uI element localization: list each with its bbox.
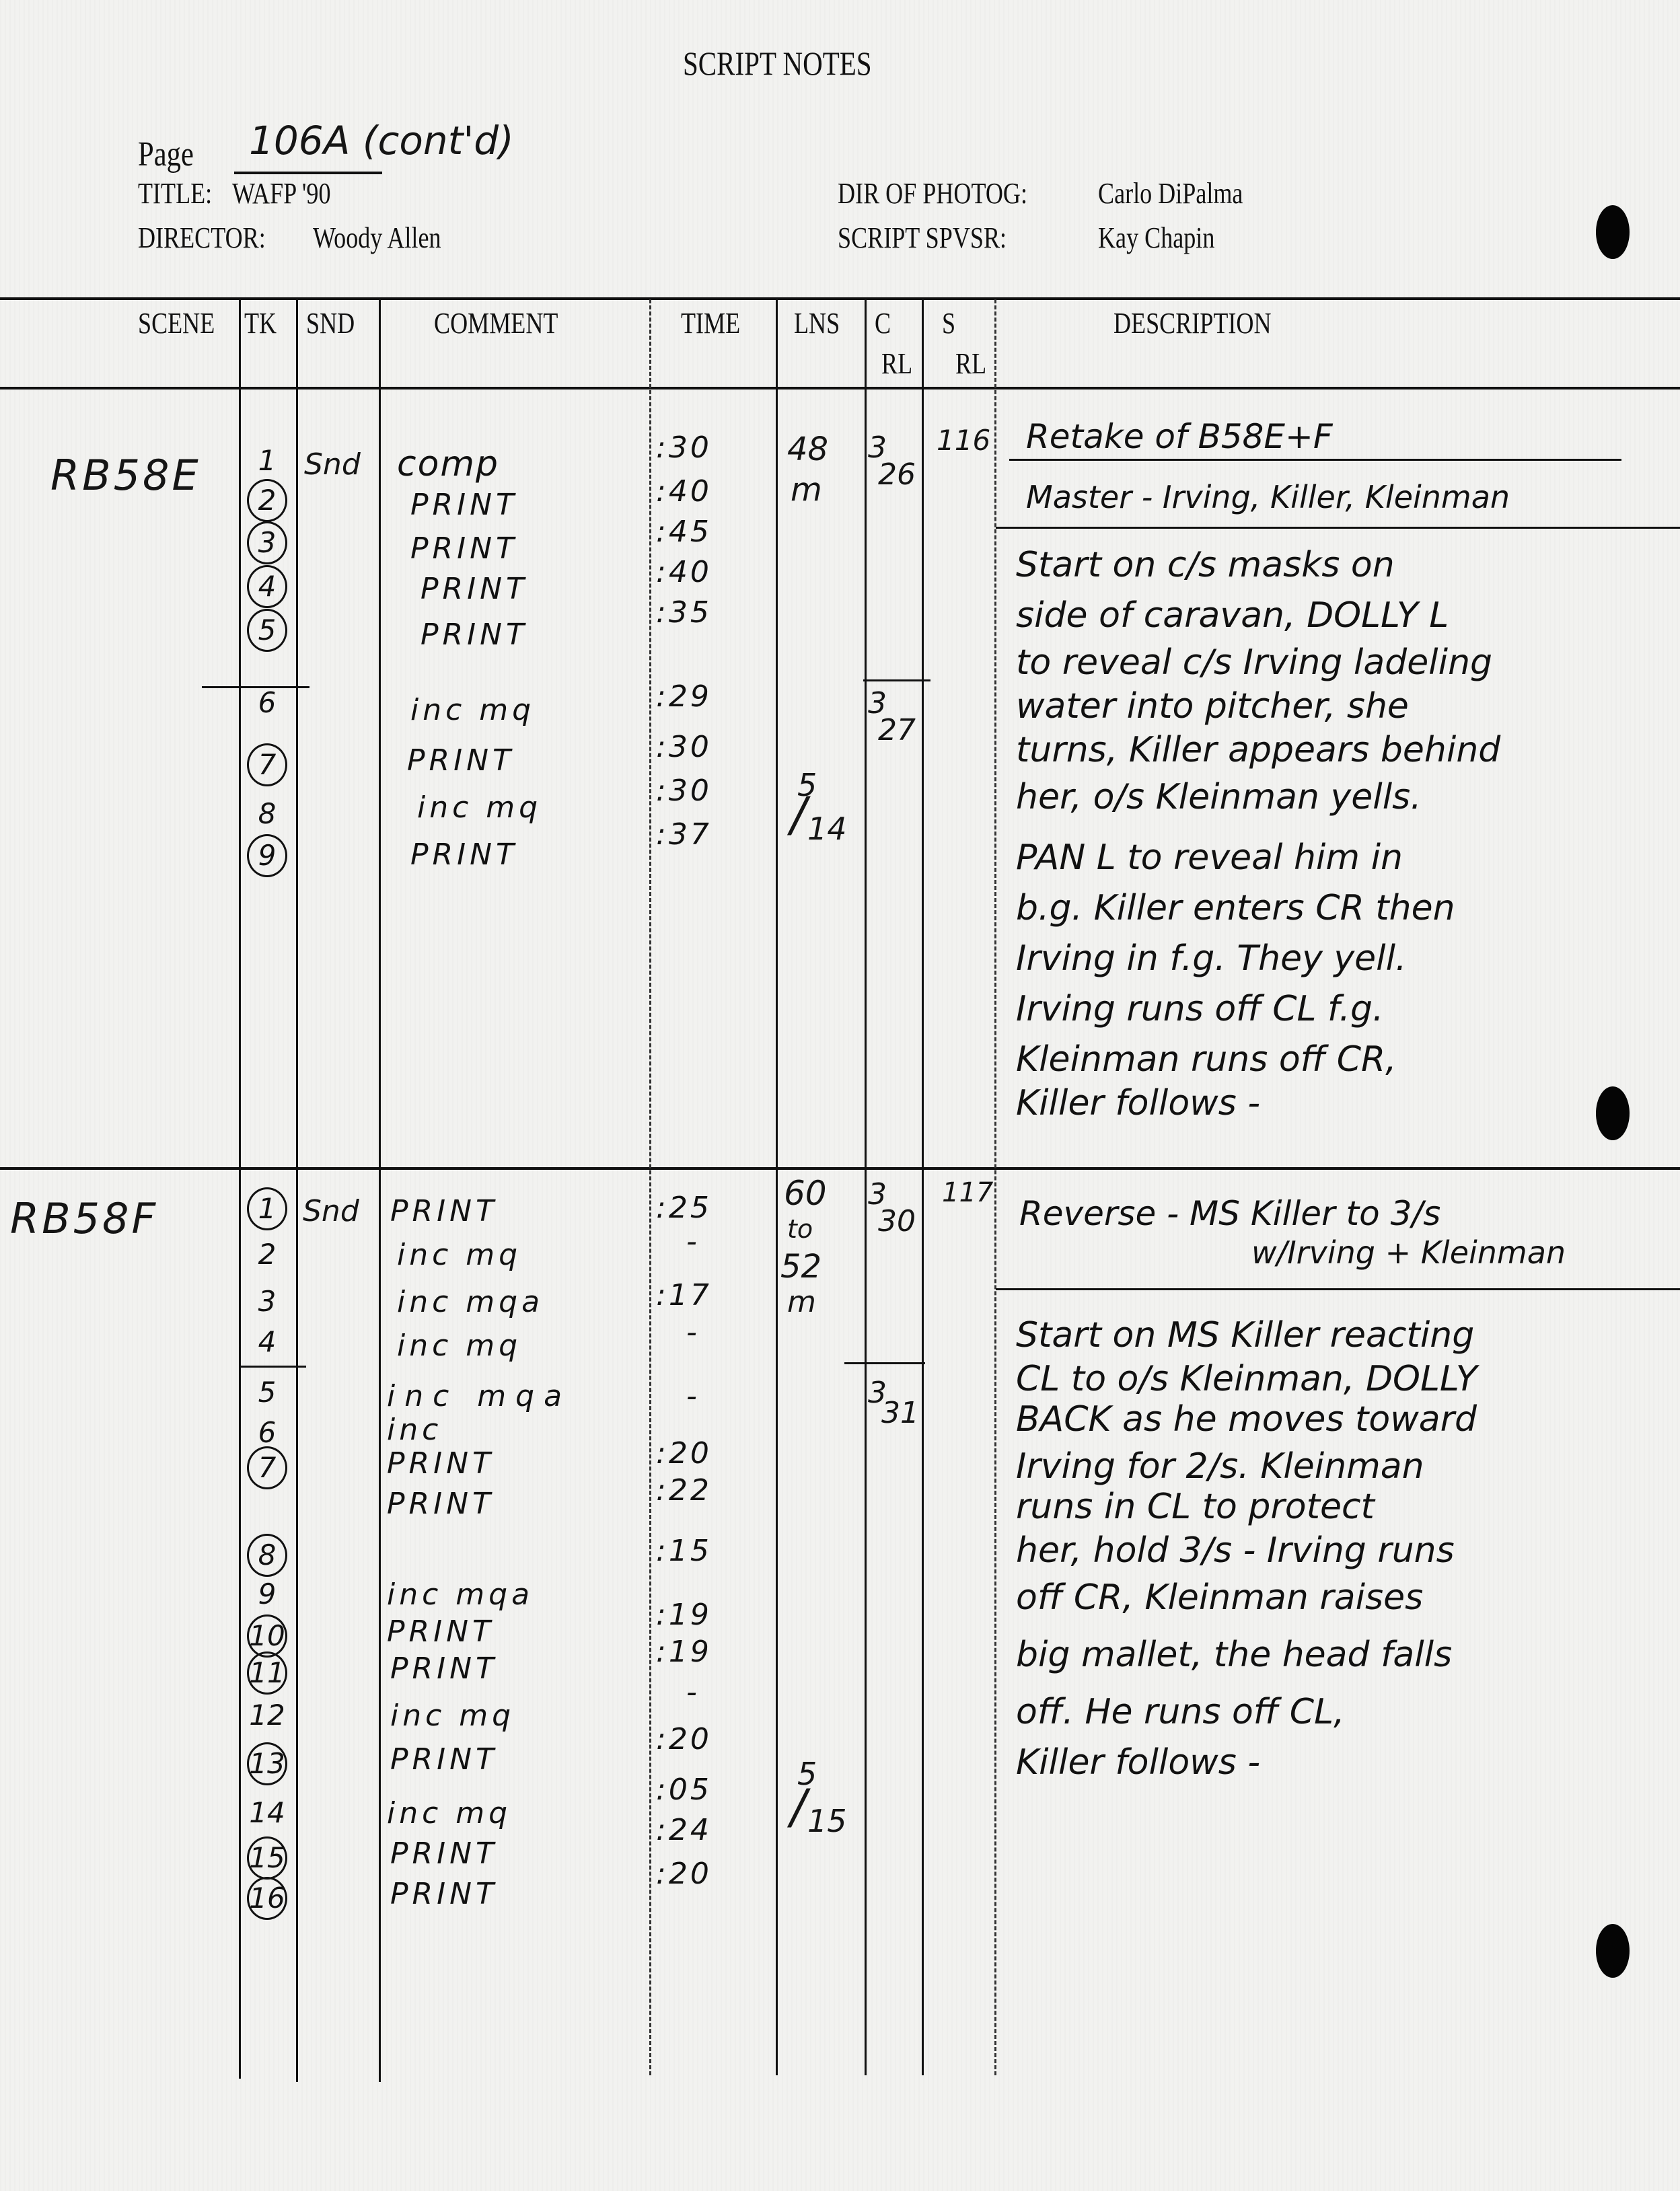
take-time: :30 — [656, 431, 712, 465]
take-number: 2 — [244, 1238, 291, 1271]
take-comment: inc — [387, 1413, 442, 1447]
punch-hole-bottom — [1596, 1924, 1630, 1978]
take-time: - — [686, 1675, 700, 1709]
description-rule — [996, 527, 1680, 529]
sound-roll: 117 — [942, 1177, 993, 1208]
col-line-lns — [776, 299, 778, 2075]
take-time: :45 — [656, 515, 712, 549]
scene-number: RB58F — [10, 1194, 158, 1243]
take-number: 5 — [244, 1376, 291, 1409]
take-comment: PRINT — [421, 572, 528, 606]
page-label: Page — [138, 135, 194, 174]
take-comment: PRINT — [387, 1446, 495, 1481]
title-value: WAFP '90 — [232, 176, 331, 211]
camera-roll-break — [844, 1362, 925, 1364]
sound-marker: Snd — [303, 1194, 359, 1228]
take-number-circled: 5 — [244, 609, 291, 652]
description-line: off CR, Kleinman raises — [1016, 1577, 1423, 1618]
table-header-bottom-rule — [0, 387, 1680, 389]
take-number: 1 — [244, 444, 291, 477]
supervisor-value: Kay Chapin — [1098, 221, 1214, 255]
col-header-srl-bottom: RL — [955, 346, 986, 381]
page-value: 106A (cont'd) — [249, 118, 514, 163]
supervisor-label: SCRIPT SPVSR: — [838, 221, 1007, 255]
description-line: to reveal c/s Irving ladeling — [1016, 642, 1492, 683]
lines-unit: m — [787, 1285, 816, 1319]
lines-count-end: 52 — [780, 1248, 821, 1286]
description-rule — [996, 1288, 1680, 1290]
description-line: side of caravan, DOLLY L — [1016, 595, 1449, 636]
director-value: Woody Allen — [313, 221, 441, 255]
punch-hole-top — [1596, 205, 1630, 259]
title-label: TITLE: — [138, 176, 212, 211]
take-time: :37 — [656, 817, 712, 852]
col-line-snd — [296, 299, 298, 2082]
take-time: :30 — [656, 774, 712, 808]
take-number-circled: 3 — [244, 521, 291, 564]
take-number: 9 — [244, 1577, 291, 1610]
take-comment: inc mq — [390, 1699, 515, 1733]
take-number-circled: 7 — [244, 1446, 291, 1489]
col-header-time: TIME — [681, 306, 740, 340]
take-time: :35 — [656, 595, 712, 630]
col-header-scene: SCENE — [138, 306, 215, 340]
take-comment: inc mq — [417, 790, 542, 825]
description-line: big mallet, the head falls — [1016, 1635, 1452, 1675]
take-number: 4 — [244, 1325, 291, 1358]
lines-fraction-slash: / — [791, 1779, 807, 1834]
table-top-rule — [0, 297, 1680, 300]
take-number: 6 — [244, 686, 291, 719]
form-title: SCRIPT NOTES — [683, 44, 872, 83]
take-number-circled: 8 — [244, 1534, 291, 1577]
take-time: :29 — [656, 679, 712, 714]
camera-roll-sub: 26 — [878, 457, 916, 492]
dop-label: DIR OF PHOTOG: — [838, 176, 1027, 211]
take-number-circled: 13 — [244, 1742, 291, 1785]
sound-roll: 116 — [937, 424, 990, 457]
take-number-circled: 15 — [244, 1836, 291, 1880]
col-line-time — [649, 299, 651, 2075]
take-comment: PRINT — [410, 838, 518, 872]
take-comment: PRINT — [387, 1614, 495, 1649]
col-line-srl — [922, 299, 924, 2075]
col-line-comment — [379, 299, 381, 2082]
camera-roll-break — [863, 679, 930, 681]
take-comment: inc mqa — [387, 1379, 571, 1413]
description-line: her, hold 3/s - Irving runs — [1016, 1530, 1455, 1571]
take-comment: inc mq — [410, 693, 535, 727]
take-comment: inc mq — [387, 1796, 511, 1830]
description-line: BACK as he moves toward — [1016, 1399, 1477, 1440]
punch-hole-middle — [1596, 1086, 1630, 1140]
take-comment: PRINT — [410, 531, 518, 566]
take-number-circled: 7 — [244, 743, 291, 786]
take-number: 3 — [244, 1285, 291, 1318]
take-comment: inc mqa — [387, 1577, 534, 1612]
col-header-comment: COMMENT — [434, 306, 558, 340]
col-header-crl-bottom: RL — [881, 346, 912, 381]
take-time: :40 — [656, 555, 712, 589]
camera-roll-sub: 31 — [881, 1396, 919, 1430]
description-title: Retake of B58E+F — [1026, 417, 1333, 456]
col-line-description — [994, 299, 996, 2075]
take-comment: PRINT — [390, 1877, 498, 1911]
take-number-circled: 9 — [244, 834, 291, 877]
description-line: runs in CL to protect — [1016, 1487, 1375, 1527]
take-time: :22 — [656, 1473, 712, 1508]
take-number: 6 — [244, 1416, 291, 1449]
description-line: Irving runs off CL f.g. — [1016, 989, 1383, 1029]
take-time: :24 — [656, 1813, 712, 1847]
take-number-circled: 16 — [244, 1877, 291, 1920]
lines-fraction-slash: / — [791, 787, 807, 842]
take-time: - — [686, 1379, 700, 1413]
take-time: :19 — [656, 1598, 712, 1632]
take-comment: inc mq — [397, 1329, 521, 1363]
take-number-circled: 11 — [244, 1651, 291, 1695]
lines-fraction-bottom: 14 — [807, 811, 847, 847]
description-subtitle: Master - Irving, Killer, Kleinman — [1026, 479, 1510, 515]
description-line: Start on c/s masks on — [1016, 545, 1395, 585]
take-number: 14 — [244, 1796, 291, 1829]
take-number-circled: 4 — [244, 565, 291, 608]
take-time: - — [686, 1224, 700, 1259]
description-line: off. He runs off CL, — [1016, 1692, 1345, 1732]
take-comment: inc mqa — [397, 1285, 544, 1319]
page-underline — [234, 172, 382, 174]
take-number-circled: 1 — [244, 1187, 291, 1230]
take-comment: PRINT — [407, 743, 515, 778]
take-time: :19 — [656, 1635, 712, 1669]
take-comment: PRINT — [390, 1194, 498, 1228]
take-time: :17 — [656, 1278, 712, 1312]
description-line: Irving in f.g. They yell. — [1016, 938, 1407, 979]
take-comment: PRINT — [390, 1836, 498, 1871]
camera-roll-break — [239, 1366, 306, 1368]
lines-unit: m — [791, 471, 822, 509]
director-label: DIRECTOR: — [138, 221, 266, 255]
camera-roll-sub: 27 — [878, 713, 916, 747]
camera-roll-sub: 30 — [878, 1204, 916, 1238]
lines-fraction-bottom: 15 — [807, 1803, 847, 1839]
description-line: Irving for 2/s. Kleinman — [1016, 1446, 1424, 1487]
lines-count: 48 — [787, 431, 828, 468]
description-line: Killer follows - — [1016, 1742, 1260, 1783]
take-comment: PRINT — [390, 1651, 498, 1686]
take-time: :20 — [656, 1722, 712, 1756]
description-title: Reverse - MS Killer to 3/s — [1019, 1194, 1440, 1233]
take-time: :05 — [656, 1773, 712, 1807]
take-number: 8 — [244, 797, 291, 830]
take-time: :40 — [656, 474, 712, 509]
description-line: turns, Killer appears behind — [1016, 730, 1500, 770]
description-line: PAN L to reveal him in — [1016, 838, 1403, 878]
description-line: CL to o/s Kleinman, DOLLY — [1016, 1359, 1477, 1399]
take-time: :30 — [656, 730, 712, 764]
take-comment: inc mq — [397, 1238, 521, 1272]
description-line: Kleinman runs off CR, — [1016, 1039, 1397, 1080]
sound-marker: Snd — [304, 447, 361, 482]
col-header-srl-top: S — [942, 306, 955, 340]
description-line: Start on MS Killer reacting — [1016, 1315, 1474, 1356]
col-header-snd: SND — [306, 306, 355, 340]
description-line: b.g. Killer enters CR then — [1016, 888, 1455, 928]
take-comment: comp — [397, 444, 499, 484]
take-comment: PRINT — [387, 1487, 495, 1521]
col-header-crl-top: C — [875, 306, 891, 340]
lines-count: 60 — [784, 1174, 827, 1213]
description-line: her, o/s Kleinman yells. — [1016, 777, 1422, 817]
take-number-circled: 2 — [244, 479, 291, 522]
take-comment: PRINT — [410, 488, 518, 522]
col-header-lns: LNS — [794, 306, 840, 340]
col-header-tk: TK — [244, 306, 277, 340]
col-line-crl — [865, 299, 867, 2075]
lines-to: to — [787, 1214, 813, 1244]
scene-divider-rule — [0, 1167, 1680, 1170]
take-time: :20 — [656, 1436, 712, 1471]
description-line: water into pitcher, she — [1016, 686, 1409, 727]
scene-number: RB58E — [50, 451, 201, 500]
take-time: - — [686, 1315, 700, 1349]
col-line-tk — [239, 299, 241, 2079]
description-line: Killer follows - — [1016, 1083, 1260, 1123]
take-number: 12 — [244, 1699, 291, 1732]
take-comment: PRINT — [390, 1742, 498, 1777]
take-time: :15 — [656, 1534, 712, 1568]
take-time: :25 — [656, 1191, 712, 1225]
description-subtitle: w/Irving + Kleinman — [1251, 1234, 1566, 1271]
take-time: :20 — [656, 1857, 712, 1891]
dop-value: Carlo DiPalma — [1098, 176, 1243, 211]
take-comment: PRINT — [421, 618, 528, 652]
description-rule — [1009, 459, 1621, 461]
col-header-description: DESCRIPTION — [1113, 306, 1272, 340]
